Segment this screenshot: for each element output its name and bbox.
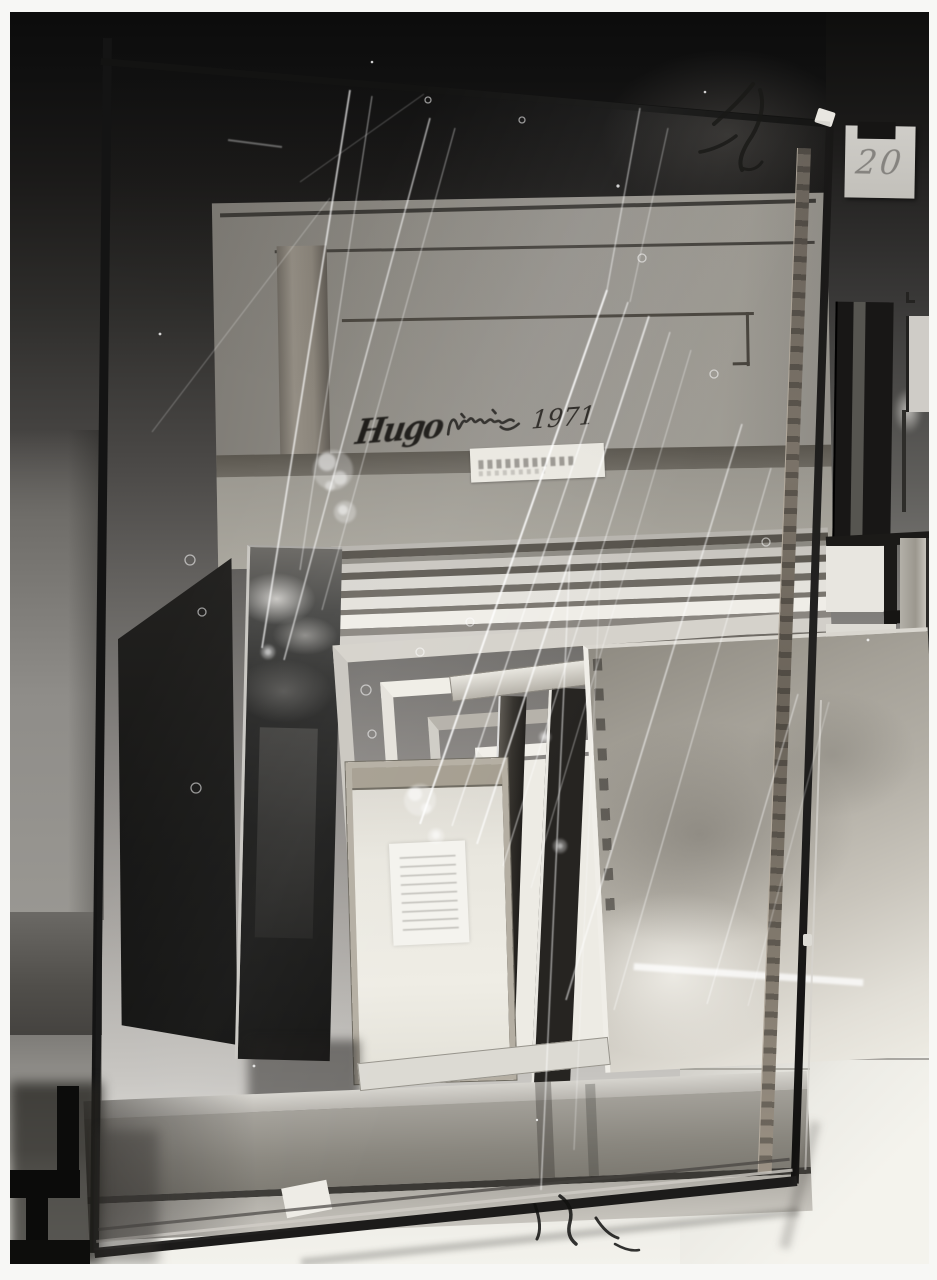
stand-bar [57,1086,79,1182]
photo-border [929,0,937,1280]
glass-pane [0,0,937,1280]
frame-edge-line [902,410,906,512]
tag-tape [857,122,895,140]
photograph: Hugo 1971 [0,0,937,1280]
frame-inner-stripe [850,302,865,538]
tape-piece [803,934,812,946]
photo-border [0,0,10,1280]
left-skirting [10,912,102,1037]
photo-border [0,0,937,12]
inventory-number: 20 [854,142,907,182]
stand-bar [10,1170,80,1198]
wall-mark [906,300,915,303]
photo-border [0,1264,937,1280]
inventory-tag: 20 [844,125,915,198]
stand-shadow [100,1130,158,1264]
photo-emulsion: Hugo 1971 [0,0,937,1280]
narrow-dark-frame [832,302,893,539]
stand-bar [10,1240,90,1264]
